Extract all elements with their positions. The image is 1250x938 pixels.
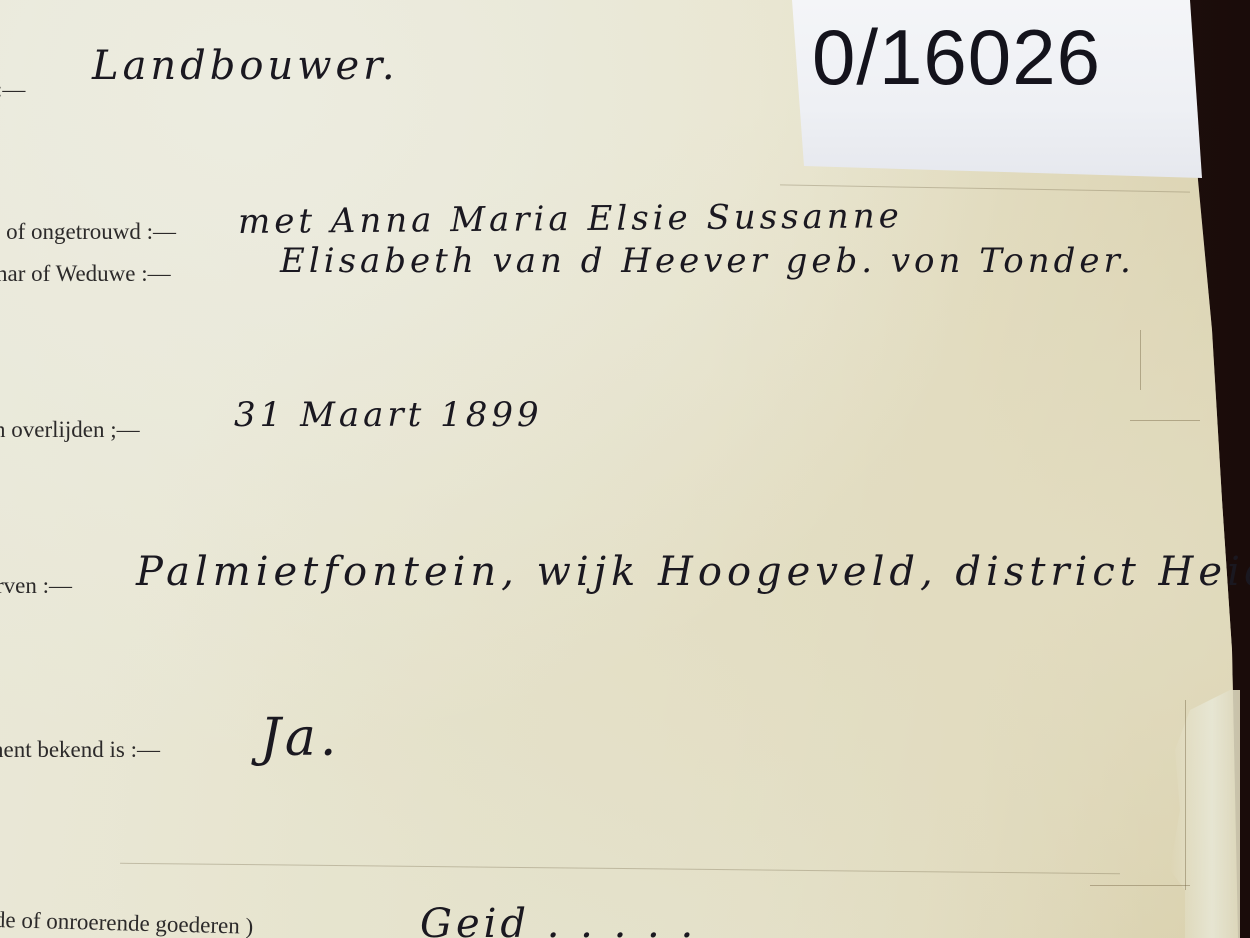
field-label-date-of-death: n overlijden ;—	[0, 418, 140, 441]
field-label-occupation: :—	[0, 78, 25, 101]
document-photo: 0/16026 :— Landbouwer. l of ongetrouwd :…	[0, 0, 1250, 938]
field-value-property: Geid . . . . .	[420, 904, 697, 938]
field-label-will-known: nent bekend is :—	[0, 738, 160, 761]
reference-number: 0/16026	[812, 18, 1101, 96]
field-value-spouse: Elisabeth van d Heever geb. von Tonder.	[280, 244, 1135, 278]
field-label-marital-status: l of ongetrouwd :—	[0, 220, 176, 243]
field-value-date-of-death: 31 Maart 1899	[234, 398, 543, 432]
field-label-spouse: nar of Weduwe :—	[0, 262, 171, 285]
field-value-place-of-death: Palmietfontein, wijk Hoogeveld, district…	[136, 552, 1250, 592]
paper-crack	[1090, 885, 1190, 886]
paper-crack	[1185, 700, 1186, 890]
paper-crack	[1130, 420, 1200, 421]
field-value-marital-status: met Anna Maria Elsie Sussanne	[238, 199, 903, 239]
field-value-will-known: Ja.	[260, 712, 340, 764]
field-label-place-of-death: rven :—	[0, 574, 72, 597]
field-value-occupation: Landbouwer.	[92, 46, 399, 86]
paper-crack	[1140, 330, 1141, 390]
